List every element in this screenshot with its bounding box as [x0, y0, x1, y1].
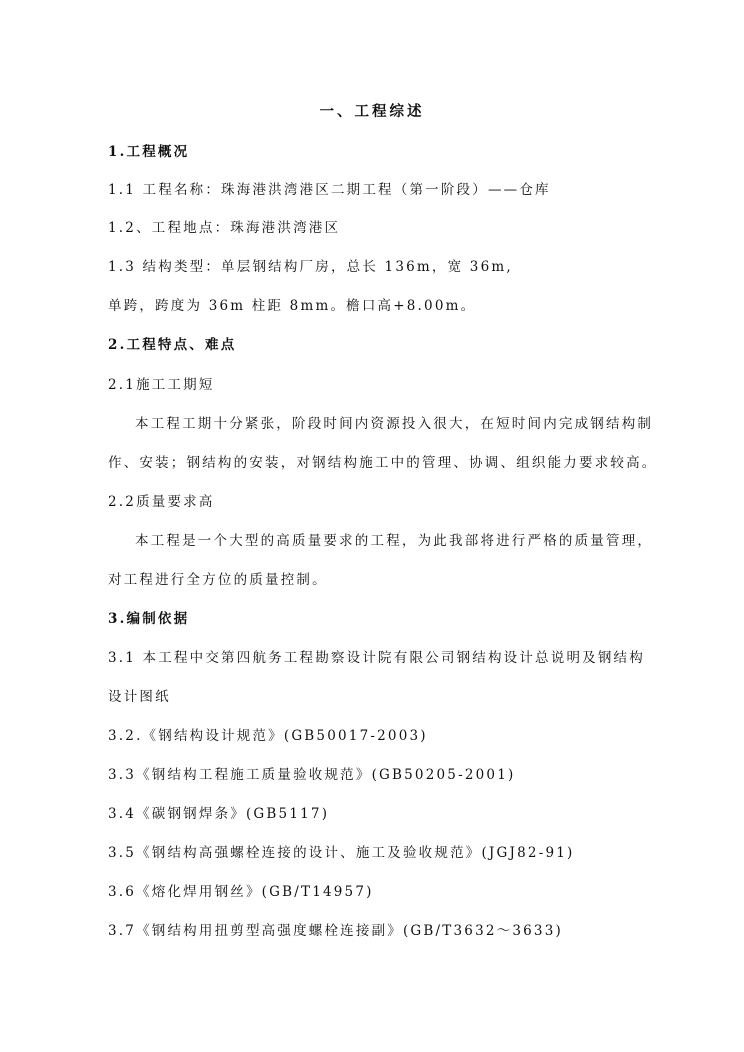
structure-span-line: 单跨，跨度为 36m 柱距 8mm。檐口高+8.00m。 — [108, 294, 476, 314]
subheading-quality: 2.2质量要求高 — [108, 490, 215, 510]
basis-item: 3.5《钢结构高强螺栓连接的设计、施工及验收规范》(JGJ82-91) — [108, 841, 575, 861]
basis-item: 3.3《钢结构工程施工质量验收规范》(GB50205-2001) — [108, 763, 515, 783]
section-heading-features: 2.工程特点、难点 — [108, 333, 236, 353]
paragraph-quality-line-1: 本工程是一个大型的高质量要求的工程，为此我部将进行严格的质量管理， — [135, 529, 653, 549]
basis-item: 3.1 本工程中交第四航务工程勘察设计院有限公司钢结构设计总说明及钢结构 — [108, 646, 645, 666]
basis-item: 3.2.《钢结构设计规范》(GB50017-2003) — [108, 724, 428, 744]
basis-item: 设计图纸 — [108, 685, 171, 705]
section-heading-basis: 3.编制依据 — [108, 607, 189, 627]
subheading-short-schedule: 2.1施工工期短 — [108, 373, 215, 393]
structure-type-line: 1.3 结构类型：单层钢结构厂房，总长 136m，宽 36m, — [108, 255, 513, 275]
paragraph-schedule-line-1: 本工程工期十分紧张，阶段时间内资源投入很大，在短时间内完成钢结构制 — [135, 412, 653, 432]
basis-item: 3.7《钢结构用扭剪型高强度螺栓连接副》(GB/T3632～3633) — [108, 919, 563, 939]
basis-item: 3.6《熔化焊用钢丝》(GB/T14957) — [108, 880, 374, 900]
document-title: 一、工程综述 — [0, 100, 744, 121]
paragraph-quality-line-2: 对工程进行全方位的质量控制。 — [108, 568, 328, 588]
document-page: 一、工程综述 1.工程概况 1.1 工程名称：珠海港洪湾港区二期工程（第一阶段）… — [0, 0, 744, 1052]
project-name-line: 1.1 工程名称：珠海港洪湾港区二期工程（第一阶段）——仓库 — [108, 178, 551, 198]
project-location-line: 1.2、工程地点：珠海港洪湾港区 — [108, 216, 340, 236]
paragraph-schedule-line-2: 作、安装；钢结构的安装，对钢结构施工中的管理、协调、组织能力要求较高。 — [108, 451, 658, 471]
basis-item: 3.4《碳钢钢焊条》(GB5117) — [108, 802, 329, 822]
section-heading-overview: 1.工程概况 — [108, 140, 189, 160]
